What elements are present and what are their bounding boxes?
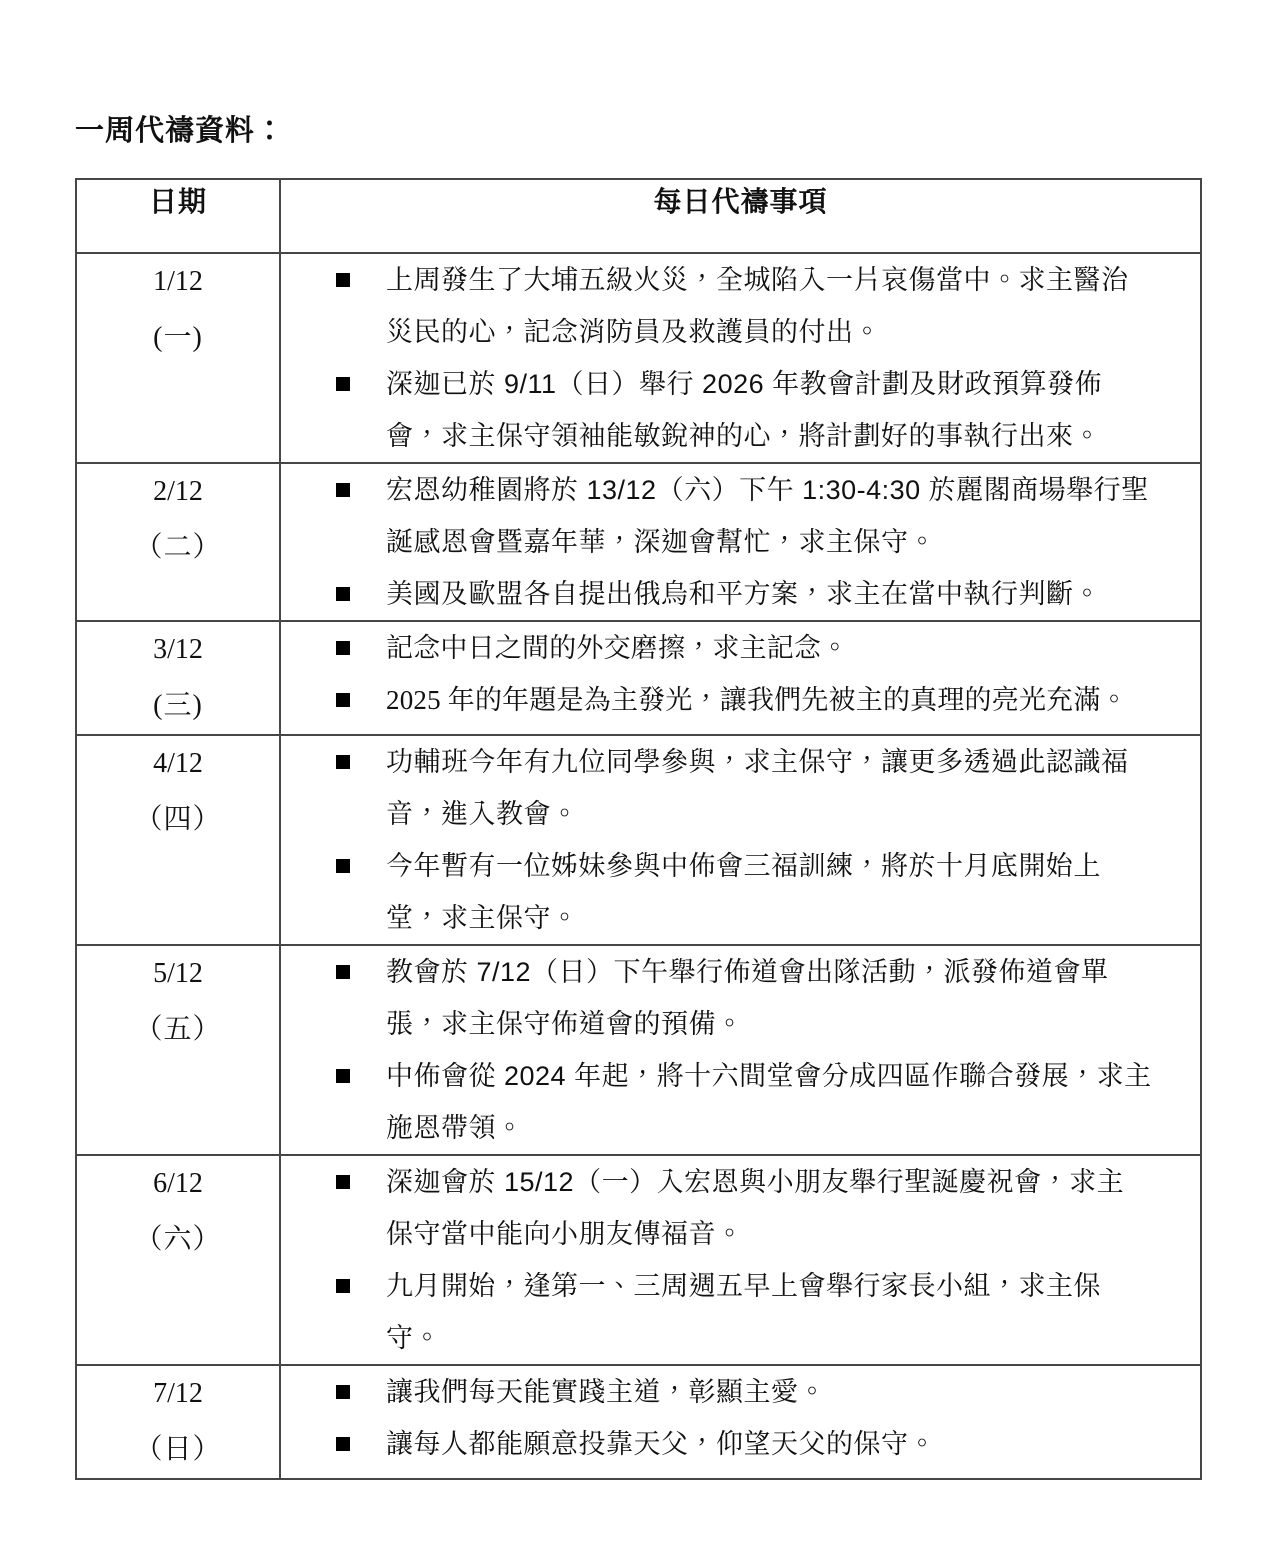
prayer-item: 2025 年的年題是為主發光，讓我們先被主的真理的亮光充滿。 bbox=[336, 674, 1200, 726]
date-cell: 3/12(三) bbox=[76, 621, 280, 735]
prayer-item: 九月開始，逢第一、三周週五早上會舉行家長小組，求主保 守。 bbox=[336, 1260, 1200, 1364]
date-cell: 2/12（二） bbox=[76, 463, 280, 621]
square-bullet-icon bbox=[336, 859, 350, 873]
table-row: 3/12(三)記念中日之間的外交磨擦，求主記念。2025 年的年題是為主發光，讓… bbox=[76, 621, 1201, 735]
prayer-item: 中佈會從 2024 年起，將十六間堂會分成四區作聯合發展，求主 施恩帶領。 bbox=[336, 1050, 1200, 1154]
table-row: 5/12（五）教會於 7/12（日）下午舉行佈道會出隊活動，派發佈道會單 張，求… bbox=[76, 945, 1201, 1155]
items-cell: 功輔班今年有九位同學參與，求主保守，讓更多透過此認識福 音，進入教會。今年暫有一… bbox=[280, 735, 1201, 945]
prayer-item: 教會於 7/12（日）下午舉行佈道會出隊活動，派發佈道會單 張，求主保守佈道會的… bbox=[336, 946, 1200, 1050]
prayer-item: 今年暫有一位姊妹參與中佈會三福訓練，將於十月底開始上 堂，求主保守。 bbox=[336, 840, 1200, 944]
square-bullet-icon bbox=[336, 377, 350, 391]
prayer-item-text: 教會於 7/12（日）下午舉行佈道會出隊活動，派發佈道會單 張，求主保守佈道會的… bbox=[386, 946, 1200, 1050]
square-bullet-icon bbox=[336, 587, 350, 601]
square-bullet-icon bbox=[336, 693, 350, 707]
square-bullet-icon bbox=[336, 1437, 350, 1451]
prayer-item-text: 宏恩幼稚園將於 13/12（六）下午 1:30-4:30 於麗閣商場舉行聖 誕感… bbox=[386, 464, 1200, 568]
prayer-item-text: 記念中日之間的外交磨擦，求主記念。 bbox=[386, 622, 1200, 674]
items-cell: 上周發生了大埔五級火災，全城陷入一片哀傷當中。求主醫治 災民的心，記念消防員及救… bbox=[280, 253, 1201, 463]
items-cell: 深迦會於 15/12（一）入宏恩與小朋友舉行聖誕慶祝會，求主 保守當中能向小朋友… bbox=[280, 1155, 1201, 1365]
items-cell: 讓我們每天能實踐主道，彰顯主愛。讓每人都能願意投靠天父，仰望天父的保守。 bbox=[280, 1365, 1201, 1479]
weekday-value: (三) bbox=[77, 678, 279, 734]
square-bullet-icon bbox=[336, 755, 350, 769]
prayer-item: 深迦會於 15/12（一）入宏恩與小朋友舉行聖誕慶祝會，求主 保守當中能向小朋友… bbox=[336, 1156, 1200, 1260]
date-cell: 5/12（五） bbox=[76, 945, 280, 1155]
weekday-value: （四） bbox=[77, 792, 279, 848]
prayer-item: 功輔班今年有九位同學參與，求主保守，讓更多透過此認識福 音，進入教會。 bbox=[336, 736, 1200, 840]
table-row: 6/12（六）深迦會於 15/12（一）入宏恩與小朋友舉行聖誕慶祝會，求主 保守… bbox=[76, 1155, 1201, 1365]
items-cell: 教會於 7/12（日）下午舉行佈道會出隊活動，派發佈道會單 張，求主保守佈道會的… bbox=[280, 945, 1201, 1155]
document-page: 一周代禱資料： 日期 每日代禱事項 1/12(一)上周發生了大埔五級火災，全城陷… bbox=[0, 0, 1284, 1565]
square-bullet-icon bbox=[336, 1175, 350, 1189]
page-title: 一周代禱資料： bbox=[75, 108, 285, 149]
weekday-value: （日） bbox=[77, 1422, 279, 1478]
column-header-items: 每日代禱事項 bbox=[280, 179, 1201, 253]
square-bullet-icon bbox=[336, 1069, 350, 1083]
prayer-item-text: 讓每人都能願意投靠天父，仰望天父的保守。 bbox=[386, 1418, 1200, 1470]
date-value: 4/12 bbox=[77, 736, 279, 792]
square-bullet-icon bbox=[336, 641, 350, 655]
prayer-item: 深迦已於 9/11（日）舉行 2026 年教會計劃及財政預算發佈 會，求主保守領… bbox=[336, 358, 1200, 462]
prayer-item-text: 上周發生了大埔五級火災，全城陷入一片哀傷當中。求主醫治 災民的心，記念消防員及救… bbox=[386, 254, 1200, 358]
square-bullet-icon bbox=[336, 1385, 350, 1399]
prayer-item-text: 讓我們每天能實踐主道，彰顯主愛。 bbox=[386, 1366, 1200, 1418]
prayer-item-text: 中佈會從 2024 年起，將十六間堂會分成四區作聯合發展，求主 施恩帶領。 bbox=[386, 1050, 1200, 1154]
prayer-item-text: 功輔班今年有九位同學參與，求主保守，讓更多透過此認識福 音，進入教會。 bbox=[386, 736, 1200, 840]
date-cell: 4/12（四） bbox=[76, 735, 280, 945]
prayer-item-text: 美國及歐盟各自提出俄烏和平方案，求主在當中執行判斷。 bbox=[386, 568, 1200, 620]
date-cell: 6/12（六） bbox=[76, 1155, 280, 1365]
prayer-item-text: 2025 年的年題是為主發光，讓我們先被主的真理的亮光充滿。 bbox=[386, 674, 1200, 726]
prayer-item-text: 深迦已於 9/11（日）舉行 2026 年教會計劃及財政預算發佈 會，求主保守領… bbox=[386, 358, 1200, 462]
prayer-item: 記念中日之間的外交磨擦，求主記念。 bbox=[336, 622, 1200, 674]
date-value: 1/12 bbox=[77, 254, 279, 310]
square-bullet-icon bbox=[336, 965, 350, 979]
date-cell: 1/12(一) bbox=[76, 253, 280, 463]
prayer-item: 上周發生了大埔五級火災，全城陷入一片哀傷當中。求主醫治 災民的心，記念消防員及救… bbox=[336, 254, 1200, 358]
table-row: 7/12（日）讓我們每天能實踐主道，彰顯主愛。讓每人都能願意投靠天父，仰望天父的… bbox=[76, 1365, 1201, 1479]
prayer-schedule-table: 日期 每日代禱事項 1/12(一)上周發生了大埔五級火災，全城陷入一片哀傷當中。… bbox=[75, 178, 1202, 1480]
prayer-item-text: 九月開始，逢第一、三周週五早上會舉行家長小組，求主保 守。 bbox=[386, 1260, 1200, 1364]
date-value: 3/12 bbox=[77, 622, 279, 678]
weekday-value: （五） bbox=[77, 1002, 279, 1058]
table-body: 1/12(一)上周發生了大埔五級火災，全城陷入一片哀傷當中。求主醫治 災民的心，… bbox=[76, 253, 1201, 1479]
weekday-value: （六） bbox=[77, 1212, 279, 1268]
square-bullet-icon bbox=[336, 1279, 350, 1293]
prayer-item-text: 深迦會於 15/12（一）入宏恩與小朋友舉行聖誕慶祝會，求主 保守當中能向小朋友… bbox=[386, 1156, 1200, 1260]
items-cell: 宏恩幼稚園將於 13/12（六）下午 1:30-4:30 於麗閣商場舉行聖 誕感… bbox=[280, 463, 1201, 621]
table-header: 日期 每日代禱事項 bbox=[76, 179, 1201, 253]
column-header-date: 日期 bbox=[76, 179, 280, 253]
square-bullet-icon bbox=[336, 273, 350, 287]
date-value: 5/12 bbox=[77, 946, 279, 1002]
table-row: 2/12（二）宏恩幼稚園將於 13/12（六）下午 1:30-4:30 於麗閣商… bbox=[76, 463, 1201, 621]
table-row: 1/12(一)上周發生了大埔五級火災，全城陷入一片哀傷當中。求主醫治 災民的心，… bbox=[76, 253, 1201, 463]
table-row: 4/12（四）功輔班今年有九位同學參與，求主保守，讓更多透過此認識福 音，進入教… bbox=[76, 735, 1201, 945]
prayer-item: 美國及歐盟各自提出俄烏和平方案，求主在當中執行判斷。 bbox=[336, 568, 1200, 620]
date-cell: 7/12（日） bbox=[76, 1365, 280, 1479]
items-cell: 記念中日之間的外交磨擦，求主記念。2025 年的年題是為主發光，讓我們先被主的真… bbox=[280, 621, 1201, 735]
weekday-value: (一) bbox=[77, 310, 279, 366]
prayer-item-text: 今年暫有一位姊妹參與中佈會三福訓練，將於十月底開始上 堂，求主保守。 bbox=[386, 840, 1200, 944]
date-value: 7/12 bbox=[77, 1366, 279, 1422]
prayer-item: 宏恩幼稚園將於 13/12（六）下午 1:30-4:30 於麗閣商場舉行聖 誕感… bbox=[336, 464, 1200, 568]
date-value: 6/12 bbox=[77, 1156, 279, 1212]
prayer-item: 讓我們每天能實踐主道，彰顯主愛。 bbox=[336, 1366, 1200, 1418]
prayer-item: 讓每人都能願意投靠天父，仰望天父的保守。 bbox=[336, 1418, 1200, 1470]
square-bullet-icon bbox=[336, 483, 350, 497]
date-value: 2/12 bbox=[77, 464, 279, 520]
weekday-value: （二） bbox=[77, 520, 279, 576]
